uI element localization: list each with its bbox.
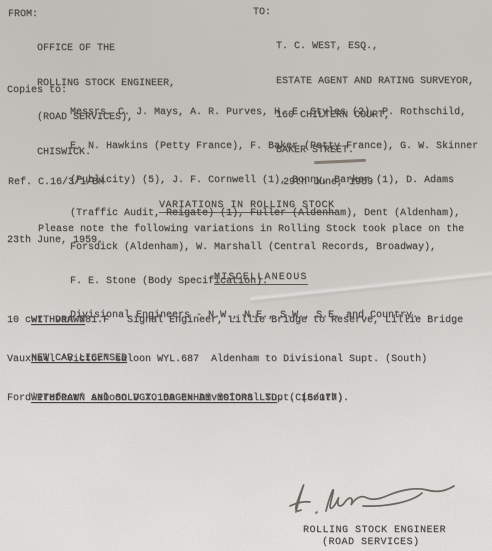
- copies-line: Messrs. C. J. Mays, A. R. Purves, H. E. …: [70, 108, 478, 119]
- document-date: 29th June, 1959: [283, 177, 373, 189]
- signature-subtitle: (ROAD SERVICES): [322, 537, 420, 549]
- section-heading-miscellaneous: MISCELLANEOUS: [214, 272, 308, 285]
- section-sold-entry: Ford'Prefect' saloon VGX.169 ex Division…: [7, 393, 349, 405]
- to-address-line: T. C. WEST, ESQ.,: [276, 41, 474, 53]
- body-paragraph-line: Please note the following variations in …: [38, 224, 464, 236]
- from-label: FROM:: [8, 9, 38, 21]
- copies-label: Copies to:: [7, 85, 67, 97]
- body-paragraph-line: 23th June, 1959.: [7, 235, 103, 247]
- to-label: TO:: [253, 7, 271, 19]
- section-withdrawn-entry: 10 cwt. van 781.F Signal Engineer, Lilli…: [7, 315, 463, 327]
- reference-number: Ref. C.16/3/1/BM: [8, 177, 104, 189]
- copies-line: Forsdick (Aldenham), W. Marshall (Centra…: [70, 243, 478, 254]
- document-page: FROM: OFFICE OF THE ROLLING STOCK ENGINE…: [0, 0, 492, 551]
- signature-title: ROLLING STOCK ENGINEER: [303, 525, 446, 537]
- copies-line: E. N. Hawkins (Petty France), F. Baker (…: [70, 142, 478, 153]
- document-title: VARIATIONS IN ROLLING STOCK: [159, 200, 335, 213]
- section-new-car-entry: Vauxhall 'Victor' saloon WYL.687 Aldenha…: [7, 354, 427, 366]
- signature-scrawl: [266, 466, 471, 524]
- copies-line: (Publicity) (5), J. F. Cornwell (1), Bon…: [70, 176, 478, 187]
- copies-list: Messrs. C. J. Mays, A. R. Purves, H. E. …: [70, 85, 478, 345]
- from-address-line: OFFICE OF THE: [37, 43, 175, 55]
